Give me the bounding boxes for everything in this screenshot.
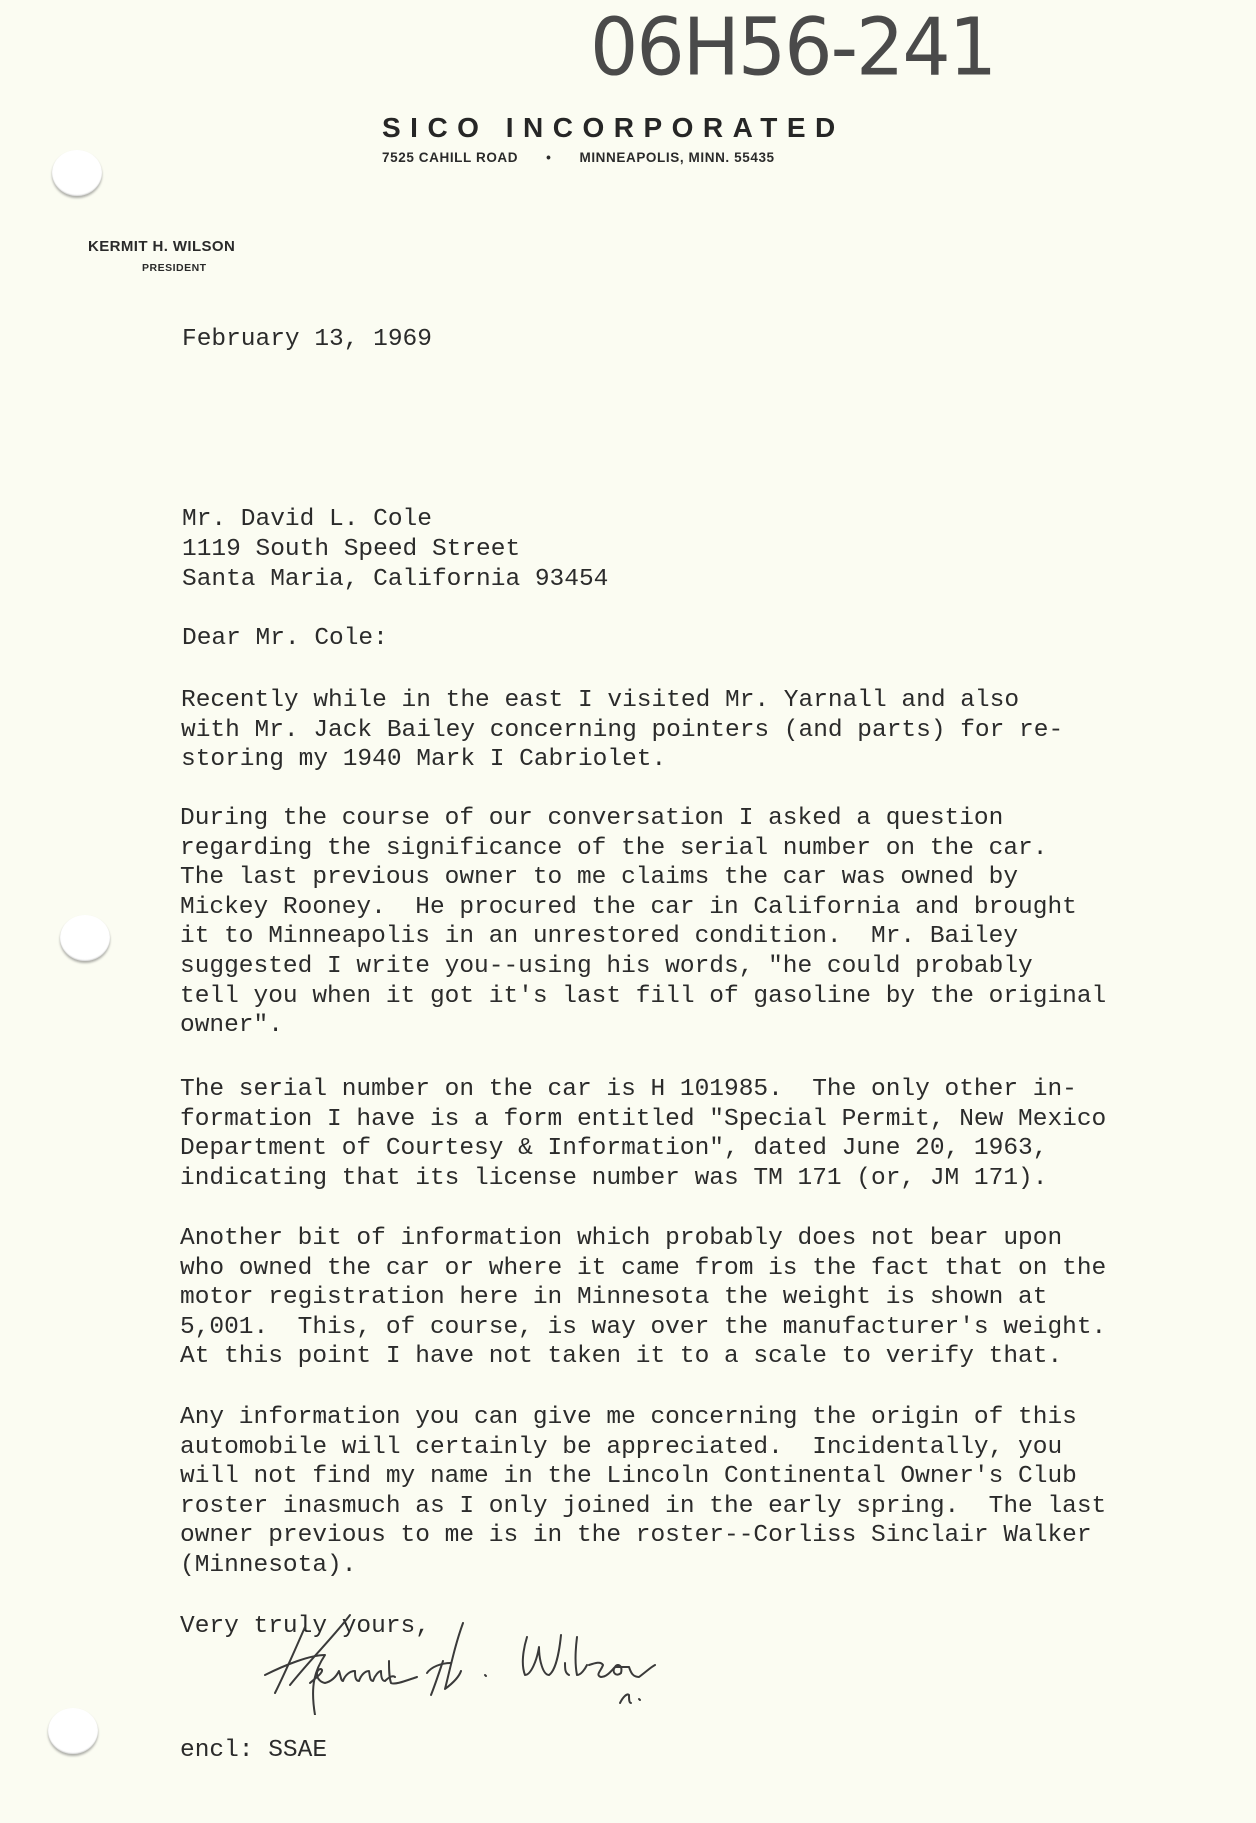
paragraph: Another bit of information which probabl… [180, 1224, 1106, 1372]
address-city: MINNEAPOLIS, MINN. 55435 [579, 150, 774, 165]
paragraph-line: During the course of our conversation I … [180, 804, 1106, 834]
paragraph-line: Recently while in the east I visited Mr.… [181, 686, 1063, 716]
letter-date: February 13, 1969 [182, 325, 432, 355]
paragraph-line: Any information you can give me concerni… [180, 1403, 1106, 1433]
paragraph-line: automobile will certainly be appreciated… [180, 1433, 1106, 1463]
letter-page: 06H56-241 SICO INCORPORATED 7525 CAHILL … [0, 0, 1256, 1823]
paragraph-line: Department of Courtesy & Information", d… [180, 1134, 1106, 1164]
paragraph: Recently while in the east I visited Mr.… [181, 686, 1063, 775]
paragraph: During the course of our conversation I … [180, 804, 1106, 1041]
paragraph-line: 5,001. This, of course, is way over the … [180, 1313, 1106, 1343]
paragraph-line: Another bit of information which probabl… [180, 1224, 1106, 1254]
punch-hole-icon [60, 915, 110, 961]
paragraph-line: motor registration here in Minnesota the… [180, 1283, 1106, 1313]
recipient-street: 1119 South Speed Street [182, 535, 520, 565]
address-separator-icon: • [546, 150, 551, 165]
enclosure-note: encl: SSAE [180, 1736, 327, 1766]
paragraph-line: roster inasmuch as I only joined in the … [180, 1492, 1106, 1522]
company-address: 7525 CAHILL ROAD•MINNEAPOLIS, MINN. 5543… [382, 150, 775, 165]
paragraph-line: tell you when it got it's last fill of g… [180, 982, 1106, 1012]
executive-title: PRESIDENT [142, 262, 207, 274]
paragraph-line: owner previous to me is in the roster--C… [180, 1521, 1106, 1551]
paragraph-line: The serial number on the car is H 101985… [180, 1075, 1106, 1105]
punch-hole-icon [48, 1708, 98, 1754]
recipient-city: Santa Maria, California 93454 [182, 565, 608, 595]
paragraph-line: it to Minneapolis in an unrestored condi… [180, 922, 1106, 952]
paragraph-line: Mickey Rooney. He procured the car in Ca… [180, 893, 1106, 923]
paragraph-line: The last previous owner to me claims the… [180, 863, 1106, 893]
paragraph-line: who owned the car or where it came from … [180, 1254, 1106, 1284]
paragraph-line: with Mr. Jack Bailey concerning pointers… [181, 716, 1063, 746]
company-name: SICO INCORPORATED [382, 112, 845, 144]
executive-name: KERMIT H. WILSON [88, 238, 235, 255]
paragraph-line: suggested I write you--using his words, … [180, 952, 1106, 982]
paragraph-line: will not find my name in the Lincoln Con… [180, 1462, 1106, 1492]
paragraph-line: formation I have is a form entitled "Spe… [180, 1105, 1106, 1135]
paragraph: The serial number on the car is H 101985… [180, 1075, 1106, 1193]
recipient-name: Mr. David L. Cole [182, 505, 432, 535]
paragraph-line: indicating that its license number was T… [180, 1164, 1106, 1194]
salutation: Dear Mr. Cole: [182, 624, 388, 654]
address-street: 7525 CAHILL ROAD [382, 150, 518, 165]
handwritten-signature [255, 1605, 705, 1715]
paragraph-line: regarding the significance of the serial… [180, 834, 1106, 864]
punch-hole-icon [52, 150, 102, 196]
paragraph-line: At this point I have not taken it to a s… [180, 1342, 1106, 1372]
paragraph-line: (Minnesota). [180, 1551, 1106, 1581]
paragraph-line: owner". [180, 1011, 1106, 1041]
paragraph: Any information you can give me concerni… [180, 1403, 1106, 1581]
handwritten-reference-number: 06H56-241 [590, 0, 995, 93]
paragraph-line: storing my 1940 Mark I Cabriolet. [181, 745, 1063, 775]
